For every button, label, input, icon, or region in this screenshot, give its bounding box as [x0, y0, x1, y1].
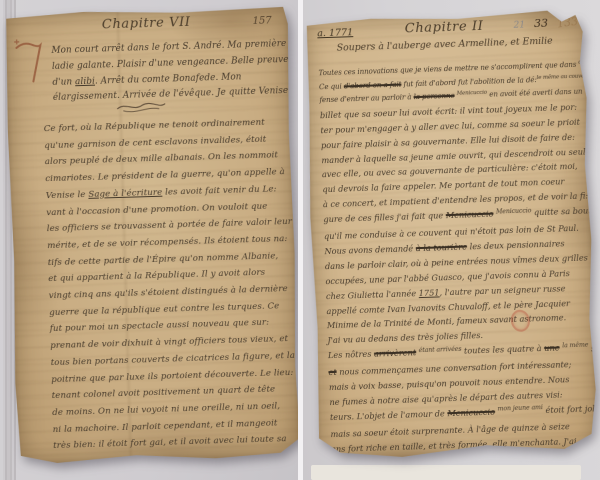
interlinear-insertion: mon jeune ami: [497, 405, 542, 413]
right-page-surface: a. 1771 Chapitre II 21 33 133 Soupers à …: [304, 9, 599, 460]
section-divider-flourish: [115, 100, 167, 116]
underlined-text: Sage à l'écriture: [88, 188, 162, 200]
underlined-text: alibi: [75, 76, 95, 87]
right-body-text: Toutes ces innovations que je viens de m…: [318, 59, 594, 457]
right-photo: a. 1771 Chapitre II 21 33 133 Soupers à …: [303, 0, 600, 480]
left-photo: 157 Chapitre VII Mon court arrêt dans le…: [0, 0, 299, 480]
struck-text: Menicuccio: [447, 407, 495, 419]
interlinear-insertion: la même: [562, 341, 588, 349]
left-page-surface: 157 Chapitre VII Mon court arrêt dans le…: [4, 6, 299, 464]
underlying-sheet: [311, 465, 581, 480]
underlined-text: 1751: [419, 287, 440, 298]
struck-text: une: [544, 343, 560, 354]
interlinear-insertion: Menicuccio: [496, 207, 531, 215]
struck-text: Menicuccio: [446, 209, 494, 221]
struck-text: et: [328, 367, 336, 377]
pencil-folio-number: 21: [513, 20, 525, 30]
interlinear-insertion: de six mois; ce qui a été: [578, 58, 600, 66]
interlinear-insertion: le même au couvent: [537, 73, 590, 81]
manuscript-photo-scene: 157 Chapitre VII Mon court arrêt dans le…: [0, 0, 600, 480]
faint-folio-number: 133: [556, 15, 579, 31]
interlinear-insertion: étant arrivées: [419, 346, 462, 354]
struck-text: à la tourière: [416, 241, 468, 253]
interlinear-insertion: Menicuccio: [457, 90, 488, 97]
left-body-text: Ce fort, où la République ne tenoit ordi…: [44, 114, 297, 455]
struck-text: d'abord on a fait: [344, 79, 402, 90]
right-manuscript-page: a. 1771 Chapitre II 21 33 133 Soupers à …: [304, 9, 599, 460]
struck-text: arrivèrent: [374, 348, 416, 359]
struck-text: la personne: [413, 91, 454, 101]
left-manuscript-page: 157 Chapitre VII Mon court arrêt dans le…: [4, 6, 299, 464]
ink-folio-number: 33: [534, 17, 548, 30]
left-chapter-summary: Mon court arrêt dans le fort S. André. M…: [51, 37, 285, 107]
margin-paraph-mark: [12, 37, 45, 86]
folio-numbers: 21 33 133: [513, 16, 578, 31]
